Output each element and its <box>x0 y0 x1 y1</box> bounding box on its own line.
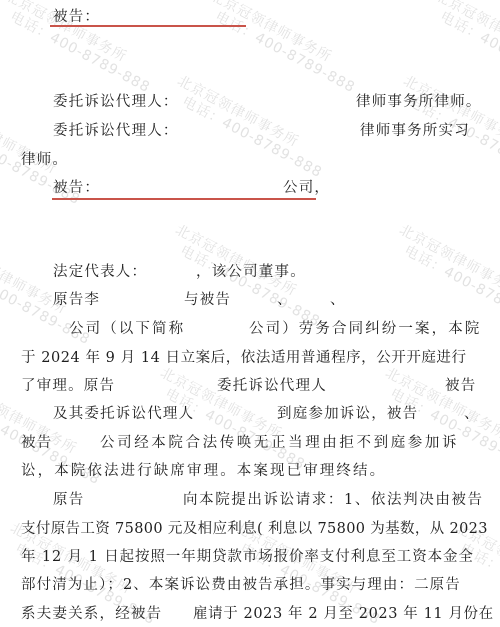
paragraph-text: 公司经本院合法传唤无正当理由拒不到庭参加诉 <box>100 434 459 452</box>
paragraph-text: 雇请于 2023 年 2 月至 2023 年 11 月份在 <box>193 605 494 623</box>
paragraph-text: 讼，本院依法进行缺席审理。本案现已审理终结。 <box>21 462 386 480</box>
paragraph-text: 与被告 <box>184 291 231 309</box>
paragraph-text: 原告李 <box>53 291 100 309</box>
defendant-label: 被告： <box>53 179 100 197</box>
agent-title-cont: 律师。 <box>21 151 68 169</box>
agent-firm-suffix: 律师事务所实习 <box>360 122 470 140</box>
paragraph-text: 、 <box>464 405 480 423</box>
judgment-document-page: 北京冠领律师事务所电话：400-8789-888 北京冠领律师事务所电话：400… <box>0 0 500 627</box>
watermark: 北京冠领律师事务所电话：400-8789-888 <box>425 0 500 96</box>
paragraph-text: 支付原告工资 75800 元及相应利息( 利息以 75800 为基数，从 202… <box>21 520 488 538</box>
paragraph-text: 系夫妻关系，经被告 <box>21 605 162 623</box>
legal-representative-label: 法定代表人： <box>53 263 147 281</box>
paragraph-text: 被告 <box>21 434 52 452</box>
paragraph-text: 、 <box>330 291 346 309</box>
legal-representative-suffix: ，该公司董事。 <box>196 263 306 281</box>
red-underline <box>50 25 246 27</box>
agent-label: 委托诉讼代理人： <box>53 93 179 111</box>
paragraph-text: 及其委托诉讼代理人 <box>53 405 194 423</box>
paragraph-text: 部付清为止）；2、本案诉讼费由被告承担。事实与理由：二原告 <box>21 576 461 594</box>
watermark: 北京冠领律师事务所电话：400-8789-888 <box>389 222 500 330</box>
paragraph-text: 了审理。原告 <box>21 377 115 395</box>
paragraph-text: 公司）劳务合同纠纷一案，本院 <box>249 320 481 338</box>
defendant-label: 被告： <box>53 8 100 26</box>
paragraph-text: 委托诉讼代理人 <box>217 377 327 395</box>
paragraph-text: 向本院提出诉讼请求：1、依法判决由被告 <box>183 491 484 509</box>
paragraph-text: 、 <box>277 291 293 309</box>
paragraph-text: 年 12 月 1 日起按照一年期贷款市场报价率支付利息至工资本金全 <box>21 548 474 566</box>
red-underline <box>52 198 316 200</box>
paragraph-text: 到庭参加诉讼，被告 <box>277 405 418 423</box>
watermark: 北京冠领律师事务所电话：400-8789-888 <box>167 73 332 181</box>
watermark: 北京冠领律师事务所电话：400-8789-888 <box>200 0 365 96</box>
paragraph-text: 公司（以下简称 <box>69 320 185 338</box>
defendant-company-suffix: 公司， <box>283 179 330 197</box>
paragraph-text: 于 2024 年 9 月 14 日立案后，依法适用普通程序，公开开庭进行 <box>21 349 467 367</box>
agent-firm-suffix: 律师事务所律师。 <box>356 93 482 111</box>
paragraph-text: 被告 <box>445 377 476 395</box>
paragraph-text: 原告 <box>53 491 84 509</box>
agent-label: 委托诉讼代理人： <box>53 122 179 140</box>
